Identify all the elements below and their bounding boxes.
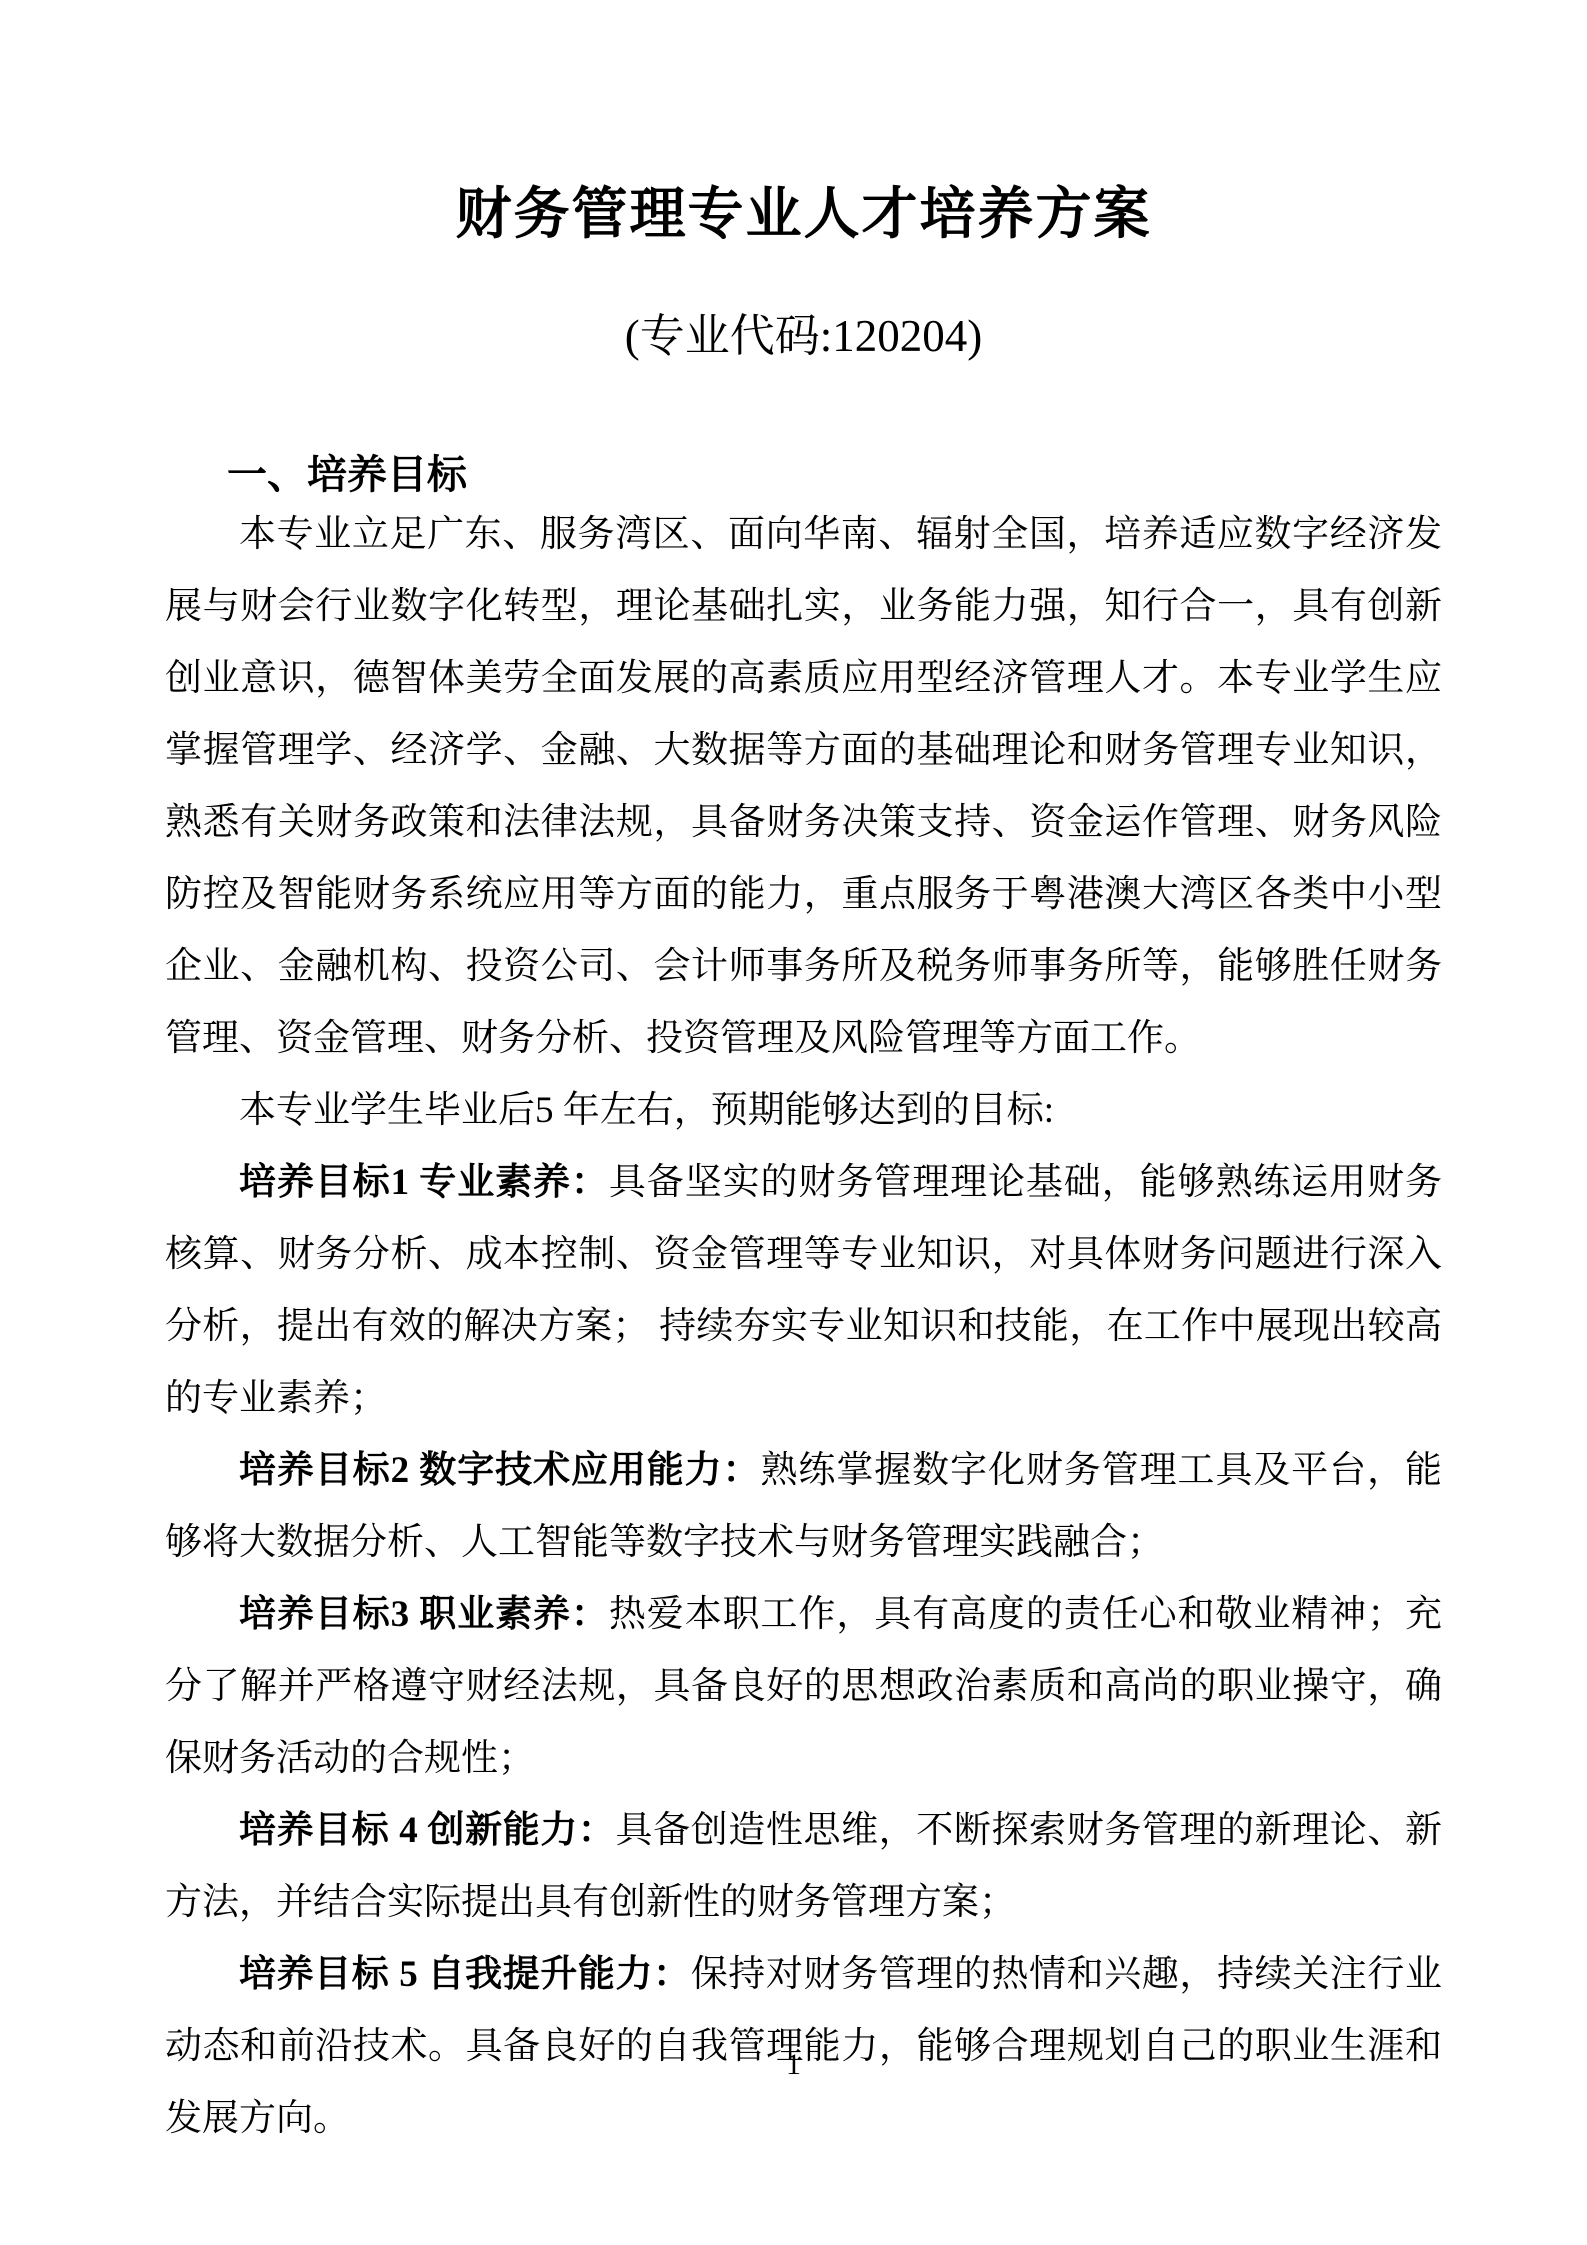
paragraph-text: 本专业立足广东、服务湾区、面向华南、辐射全国，培养适应数字经济发展与财会行业数字…: [165, 514, 1442, 1059]
paragraph-lead: 培养目标3 职业素养：: [239, 1594, 609, 1635]
document-page: 财务管理专业人才培养方案 (专业代码:120204) 一、培养目标 本专业立足广…: [0, 0, 1587, 2245]
paragraph-goal-4: 培养目标 4 创新能力：具备创造性思维，不断探索财务管理的新理论、新方法，并结合…: [165, 1795, 1442, 1939]
paragraph-goal-3: 培养目标3 职业素养：热爱本职工作，具有高度的责任心和敬业精神；充分了解并严格遵…: [165, 1579, 1442, 1795]
body-text: 本专业立足广东、服务湾区、面向华南、辐射全国，培养适应数字经济发展与财会行业数字…: [165, 499, 1442, 2155]
paragraph-goal-1: 培养目标1 专业素养：具备坚实的财务管理理论基础，能够熟练运用财务核算、财务分析…: [165, 1147, 1442, 1435]
paragraph-lead: 培养目标 4 创新能力：: [239, 1810, 616, 1851]
paragraph-lead: 培养目标 5 自我提升能力：: [239, 1954, 691, 1995]
page-number: 1: [0, 2048, 1587, 2082]
document-title: 财务管理专业人才培养方案: [165, 180, 1442, 247]
paragraph-goals-intro: 本专业学生毕业后5 年左右，预期能够达到的目标:: [165, 1075, 1442, 1147]
paragraph-intro: 本专业立足广东、服务湾区、面向华南、辐射全国，培养适应数字经济发展与财会行业数字…: [165, 499, 1442, 1075]
paragraph-text: 本专业学生毕业后5 年左右，预期能够达到的目标:: [239, 1090, 1054, 1131]
paragraph-lead: 培养目标1 专业素养：: [239, 1162, 609, 1203]
document-subtitle: (专业代码:120204): [165, 309, 1442, 363]
section-heading: 一、培养目标: [165, 451, 1442, 499]
paragraph-goal-2: 培养目标2 数字技术应用能力：熟练掌握数字化财务管理工具及平台，能够将大数据分析…: [165, 1435, 1442, 1579]
document-content: 财务管理专业人才培养方案 (专业代码:120204) 一、培养目标 本专业立足广…: [165, 0, 1442, 2155]
paragraph-lead: 培养目标2 数字技术应用能力：: [239, 1450, 761, 1491]
